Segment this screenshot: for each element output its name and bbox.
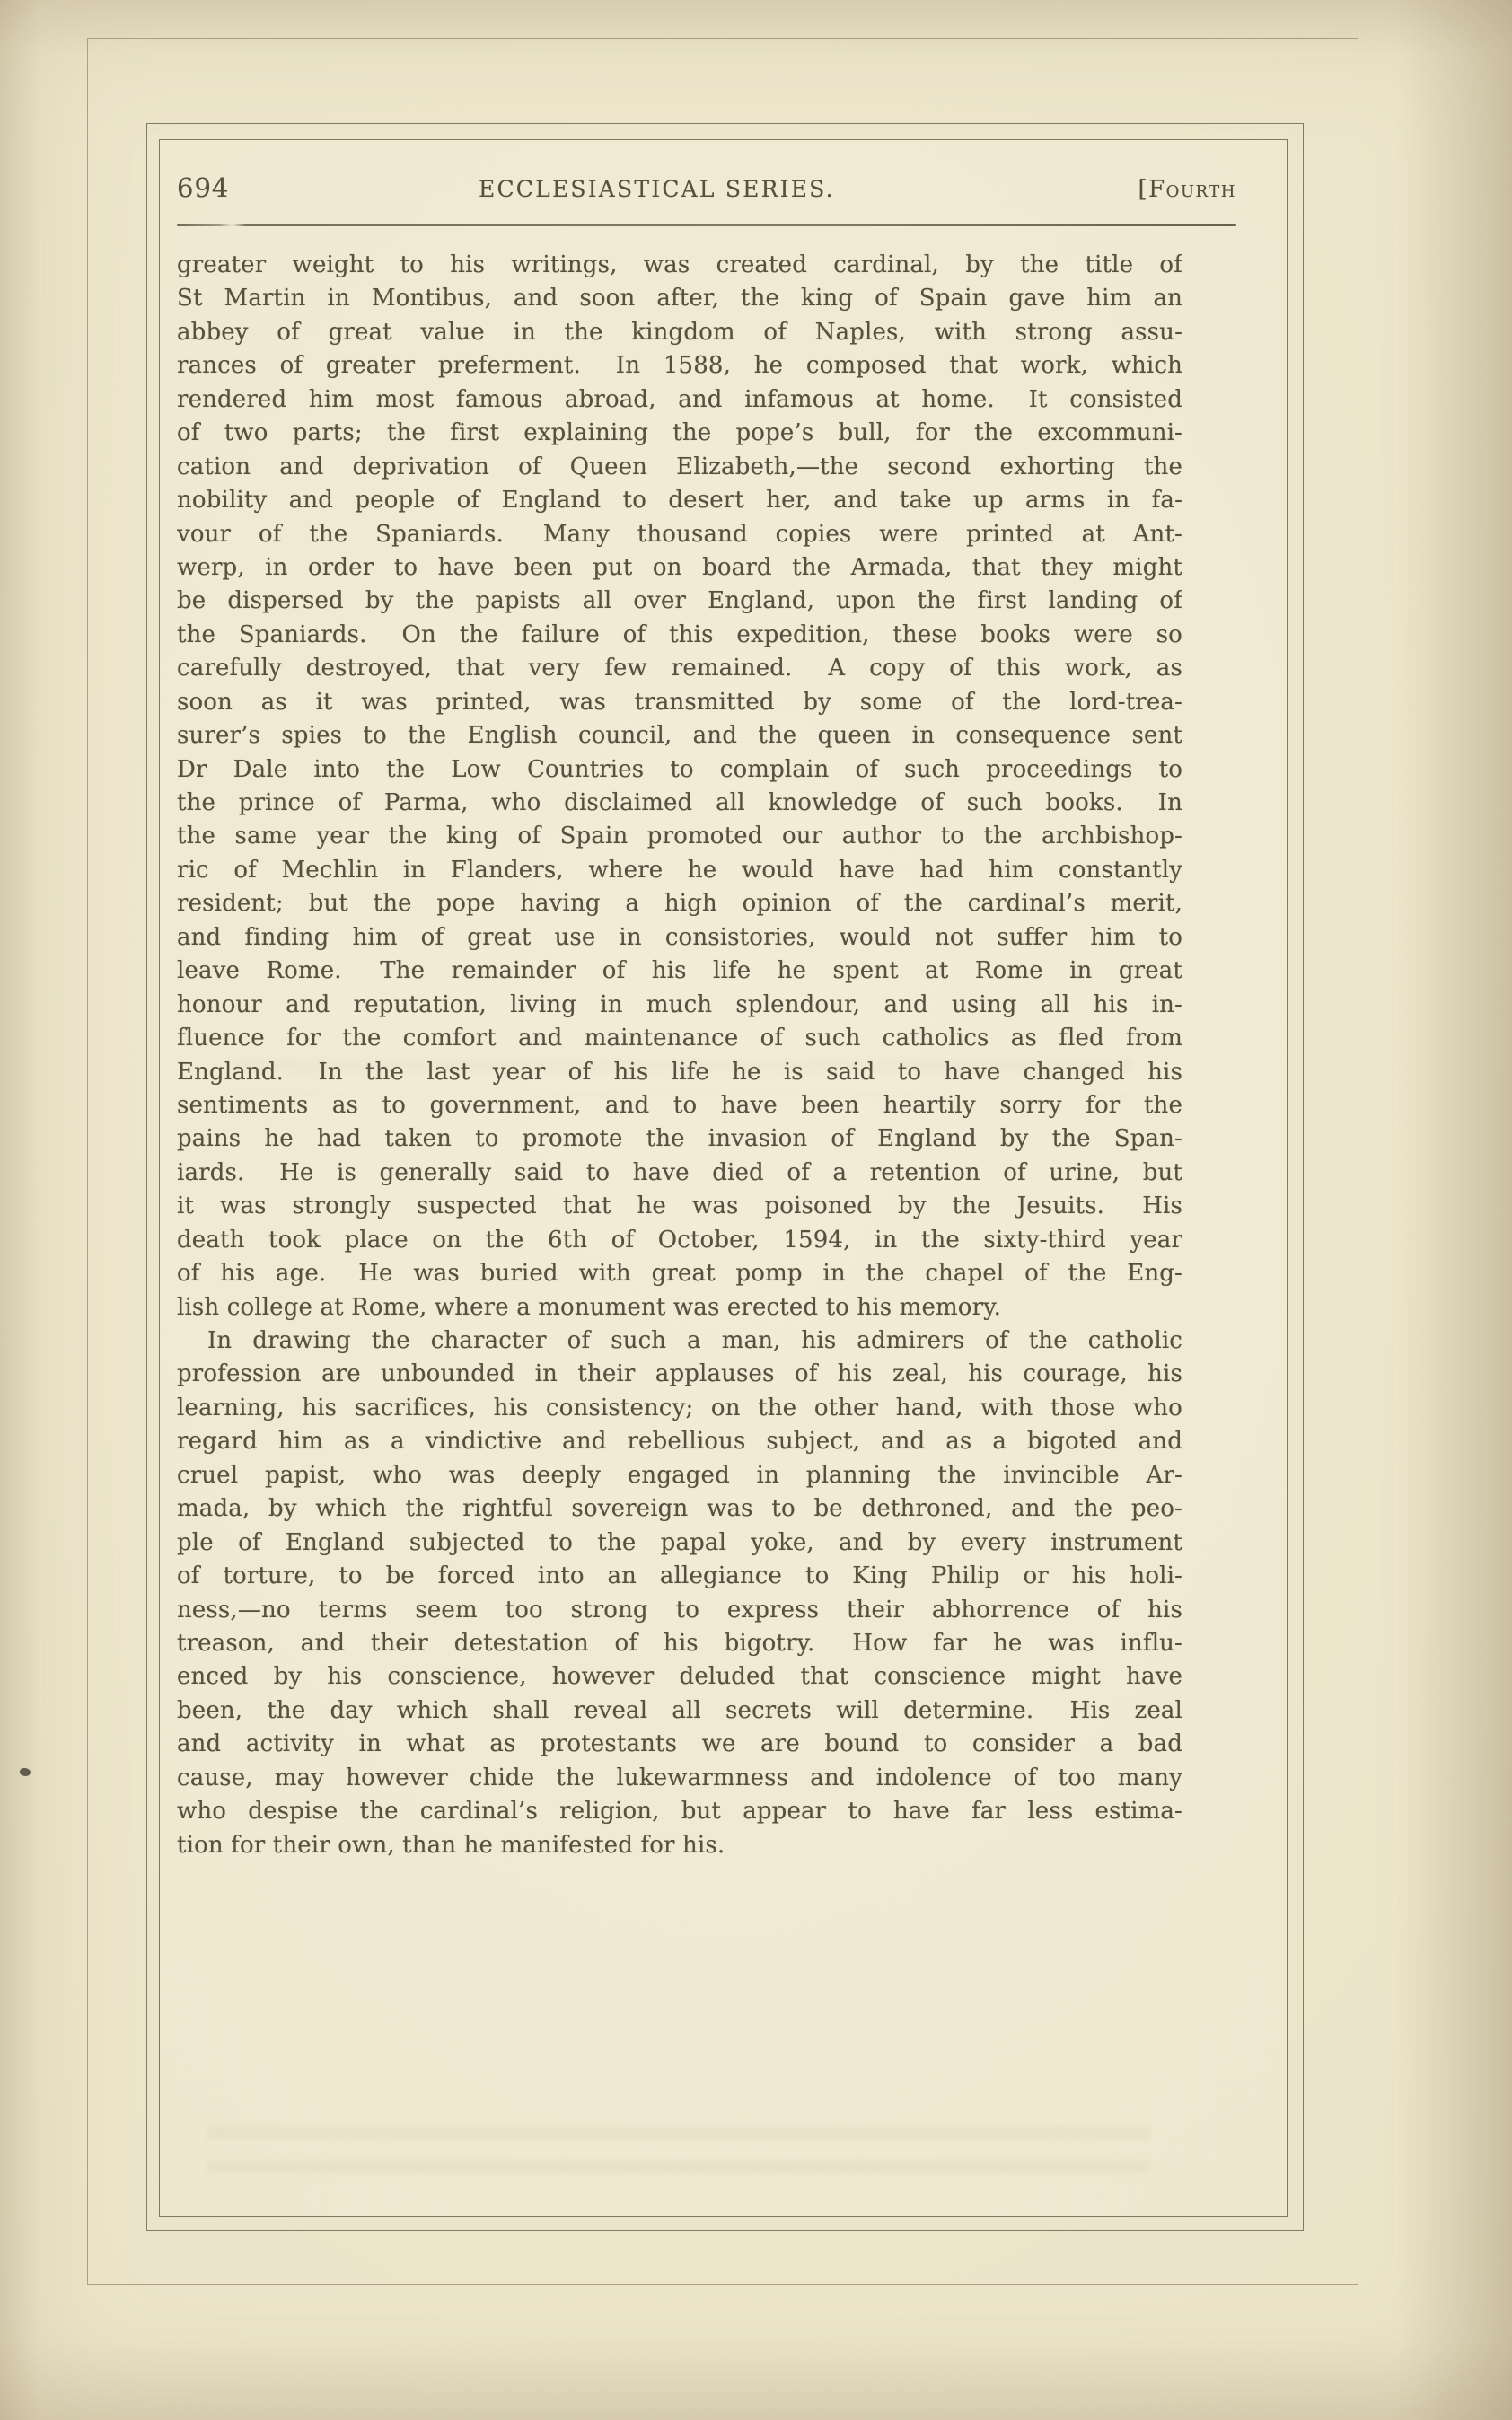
text-line: resident; but the pope having a high opi… [177,887,1182,920]
text-line: profession are unbounded in their applau… [177,1358,1182,1391]
text-line: lish college at Rome, where a monument w… [177,1291,1182,1324]
text-line: carefully destroyed, that very few remai… [177,652,1182,685]
text-line: tion for their own, than he manifested f… [177,1829,1182,1862]
text-line: leave Rome. The remainder of his life he… [177,955,1182,988]
text-line: pains he had taken to promote the invasi… [177,1122,1182,1156]
body-text: greater weight to his writings, was crea… [177,249,1182,1862]
margin-ink-mark [19,1766,31,1777]
text-line: and activity in what as protestants we a… [177,1728,1182,1761]
text-line: learning, his sacrifices, his consistenc… [177,1392,1182,1425]
text-line: cruel papist, who was deeply engaged in … [177,1459,1182,1492]
text-line: England. In the last year of his life he… [177,1056,1182,1089]
text-line: enced by his conscience, however deluded… [177,1660,1182,1694]
text-line: it was strongly suspected that he was po… [177,1190,1182,1223]
text-line: werp, in order to have been put on board… [177,551,1182,585]
text-line: of two parts; the first explaining the p… [177,417,1182,450]
scanned-page: 694 ECCLESIASTICAL SERIES. [Fourth great… [0,0,1512,2420]
text-line: abbey of great value in the kingdom of N… [177,316,1182,349]
text-line: surer’s spies to the English council, an… [177,719,1182,752]
series-title: ECCLESIASTICAL SERIES. [479,176,835,202]
text-line: cation and deprivation of Queen Elizabet… [177,451,1182,484]
text-line: Dr Dale into the Low Countries to compla… [177,753,1182,787]
text-line: fluence for the comfort and maintenance … [177,1022,1182,1055]
text-line: ric of Mechlin in Flanders, where he wou… [177,854,1182,887]
text-line: In drawing the character of such a man, … [177,1324,1182,1358]
text-line: cause, may however chide the lukewarmnes… [177,1762,1182,1795]
text-line: been, the day which shall reveal all sec… [177,1694,1182,1728]
header-rule [177,224,1236,226]
text-line: the Spaniards. On the failure of this ex… [177,619,1182,652]
folio-label: [Fourth [1138,176,1236,203]
text-line: honour and reputation, living in much sp… [177,989,1182,1022]
text-line: who despise the cardinal’s religion, but… [177,1795,1182,1828]
text-line: greater weight to his writings, was crea… [177,249,1182,282]
page-header: 694 ECCLESIASTICAL SERIES. [Fourth [177,172,1236,212]
text-line: St Martin in Montibus, and soon after, t… [177,282,1182,315]
text-line: rendered him most famous abroad, and inf… [177,383,1182,417]
text-line: regard him as a vindictive and rebelliou… [177,1425,1182,1458]
text-line: death took place on the 6th of October, … [177,1224,1182,1257]
text-line: ple of England subjected to the papal yo… [177,1527,1182,1560]
page-number: 694 [177,172,229,203]
text-line: be dispersed by the papists all over Eng… [177,585,1182,618]
text-line: mada, by which the rightful sovereign wa… [177,1492,1182,1526]
text-line: ness,—no terms seem too strong to expres… [177,1594,1182,1627]
text-line: treason, and their detestation of his bi… [177,1627,1182,1660]
text-line: nobility and people of England to desert… [177,484,1182,517]
text-line: and finding him of great use in consisto… [177,921,1182,955]
text-line: of torture, to be forced into an allegia… [177,1560,1182,1593]
text-line: sentiments as to government, and to have… [177,1089,1182,1122]
text-line: iards. He is generally said to have died… [177,1157,1182,1190]
text-line: the same year the king of Spain promoted… [177,820,1182,853]
text-line: vour of the Spaniards. Many thousand cop… [177,518,1182,551]
text-line: of his age. He was buried with great pom… [177,1257,1182,1290]
text-line: the prince of Parma, who disclaimed all … [177,787,1182,820]
text-line: rances of greater preferment. In 1588, h… [177,349,1182,383]
text-line: soon as it was printed, was transmitted … [177,686,1182,719]
